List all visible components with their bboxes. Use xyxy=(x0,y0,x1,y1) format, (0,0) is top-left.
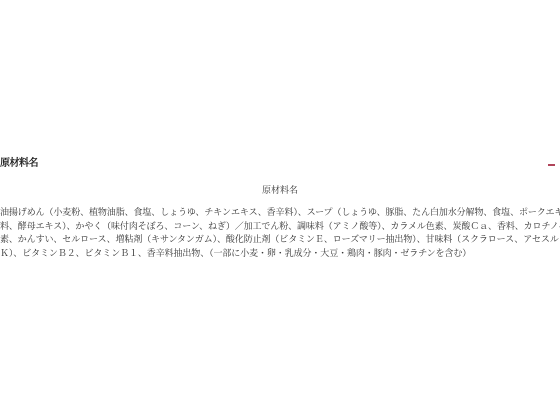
page: 原材料名 原材料名 油揚げめん（小麦粉、植物油脂、食塩、しょうゆ、チキンエキス、… xyxy=(0,0,560,420)
ingredients-section-header[interactable]: 原材料名 xyxy=(0,157,560,173)
content-heading: 原材料名 xyxy=(0,185,560,197)
collapse-button[interactable] xyxy=(546,159,558,169)
ingredients-line: 素、かんすい、セルロース、増粘剤（キサンタンガム）、酸化防止剤（ビタミンＥ、ロー… xyxy=(0,234,560,248)
minus-icon xyxy=(548,164,555,166)
ingredients-text: 油揚げめん（小麦粉、植物油脂、食塩、しょうゆ、チキンエキス、香辛料）、スープ（し… xyxy=(0,207,560,261)
ingredients-line: 油揚げめん（小麦粉、植物油脂、食塩、しょうゆ、チキンエキス、香辛料）、スープ（し… xyxy=(0,207,560,221)
section-title: 原材料名 xyxy=(0,157,38,171)
ingredients-line: 料、酵母エキス）、かやく（味付肉そぼろ、コーン、ねぎ）／加工でん粉、調味料（アミ… xyxy=(0,221,560,235)
ingredients-line: Ｋ）、ビタミンＢ２、ビタミンＢ１、香辛料抽出物、（一部に小麦・卵・乳成分・大豆・… xyxy=(0,248,560,262)
